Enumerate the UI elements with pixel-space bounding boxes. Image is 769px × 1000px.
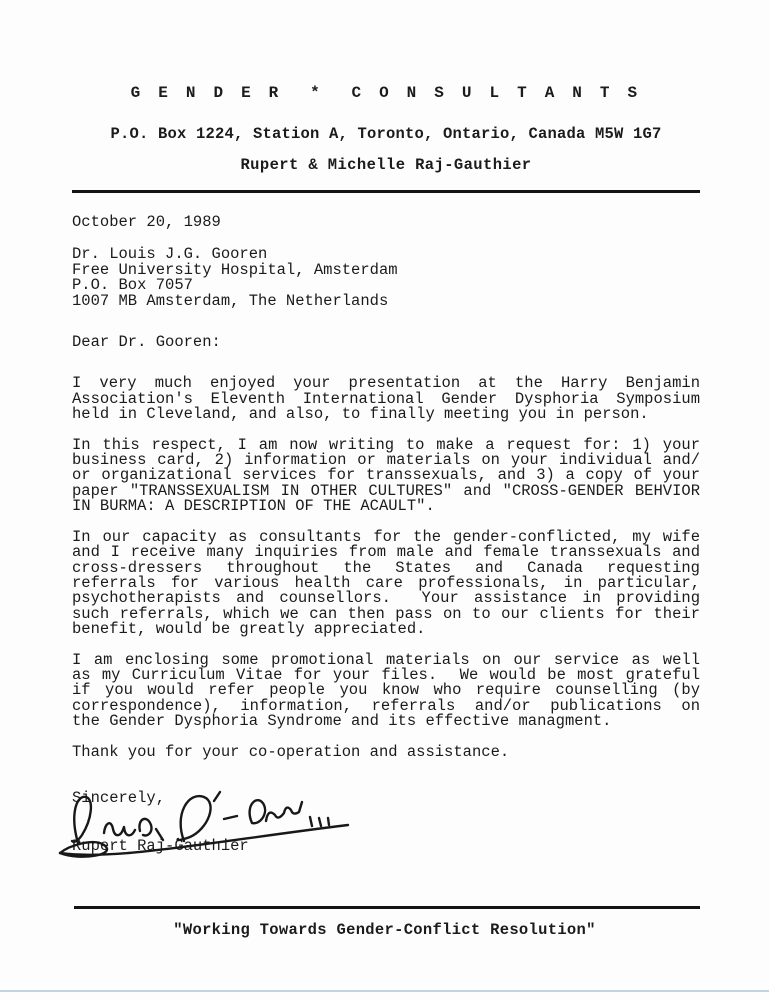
body-paragraph: I am enclosing some promotional material…	[72, 653, 700, 730]
footer-rule	[74, 906, 700, 909]
footer-slogan: "Working Towards Gender-Conflict Resolut…	[0, 921, 769, 939]
body-line: held in Cleveland, and also, to finally …	[72, 407, 700, 422]
body-paragraph: In our capacity as consultants for the g…	[72, 530, 700, 638]
recipient-address-block: Dr. Louis J.G. GoorenFree University Hos…	[72, 247, 700, 309]
typed-signature-name: Rupert Raj-Gauthier	[72, 839, 700, 854]
signature-block: Rupert Raj-Gauthier	[72, 839, 700, 854]
scan-edge-artifact	[0, 990, 769, 992]
body-paragraph: Thank you for your co-operation and assi…	[72, 745, 700, 760]
body-line: the Gender Dysphoria Syndrome and its ef…	[72, 714, 700, 729]
scanned-letter-page: G E N D E R * C O N S U L T A N T S P.O.…	[0, 0, 769, 1000]
letter-body: I very much enjoyed your presentation at…	[72, 376, 700, 760]
organization-principals: Rupert & Michelle Raj-Gauthier	[72, 156, 700, 174]
body-paragraph: In this respect, I am now writing to mak…	[72, 438, 700, 515]
organization-address: P.O. Box 1224, Station A, Toronto, Ontar…	[72, 125, 700, 143]
closing: Sincerely,	[72, 791, 700, 806]
body-line: benefit, would be greatly appreciated.	[72, 622, 700, 637]
header-rule	[72, 190, 700, 193]
recipient-line: 1007 MB Amsterdam, The Netherlands	[72, 294, 700, 309]
body-line: IN BURMA: A DESCRIPTION OF THE ACAULT".	[72, 499, 700, 514]
letter-content: G E N D E R * C O N S U L T A N T S P.O.…	[72, 0, 700, 855]
body-line: Thank you for your co-operation and assi…	[72, 745, 700, 760]
body-paragraph: I very much enjoyed your presentation at…	[72, 376, 700, 422]
salutation: Dear Dr. Gooren:	[72, 335, 700, 350]
organization-name: G E N D E R * C O N S U L T A N T S	[72, 84, 700, 102]
letter-date: October 20, 1989	[72, 215, 700, 230]
